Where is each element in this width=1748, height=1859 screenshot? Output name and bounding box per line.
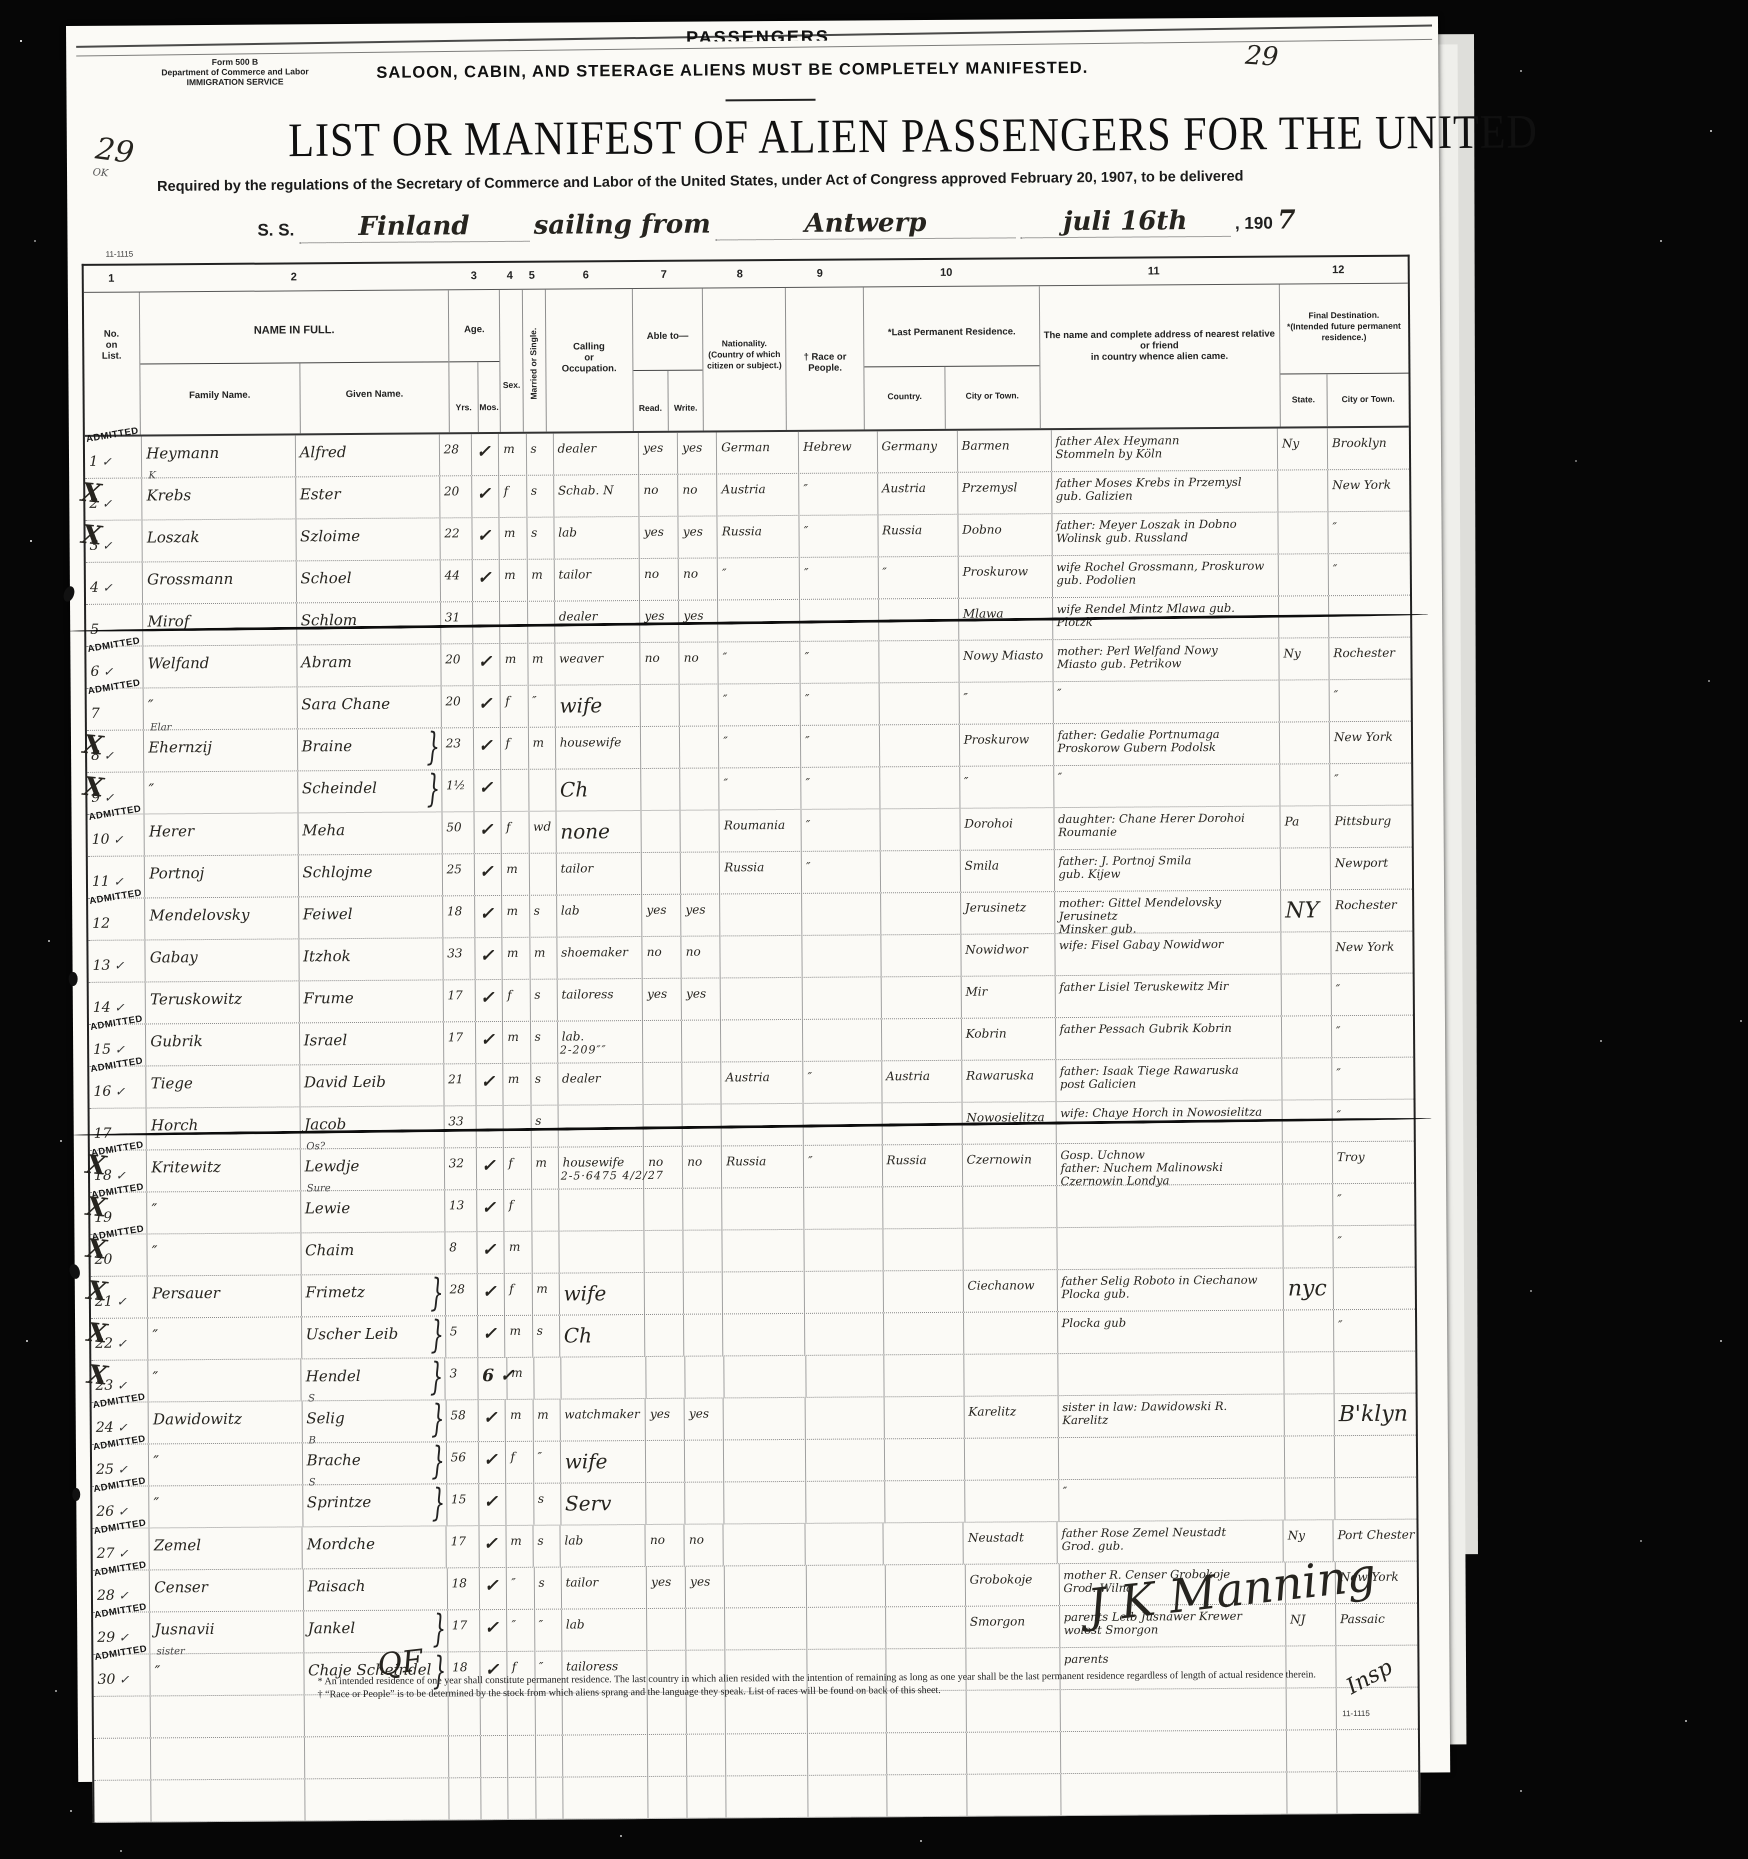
cell-destination-city — [1337, 1772, 1418, 1814]
cell-write — [688, 1776, 727, 1817]
cell-race — [806, 1355, 884, 1397]
cell-destination-city — [1335, 1436, 1416, 1478]
crossed-out-mark: X — [86, 1318, 109, 1350]
col-num-9: 9 — [781, 267, 859, 280]
cell-city-or-town — [965, 1354, 1059, 1396]
cell-sex — [508, 1694, 535, 1735]
cell-destination-state — [1287, 1730, 1337, 1771]
cell-city-or-town — [967, 1774, 1061, 1816]
header-dest-city: City or Town. — [1327, 374, 1408, 427]
checkmark: ✓ — [115, 1589, 129, 1603]
cell-married-or-single — [535, 1736, 562, 1777]
cell-age-years: 20 — [441, 686, 474, 727]
cell-married-or-single: s — [533, 1316, 560, 1357]
cell-given-name: Paisach — [303, 1568, 447, 1610]
header-write: Write. — [668, 371, 703, 431]
cell-age-years: 25 — [443, 854, 476, 895]
cell-family-name — [151, 1737, 305, 1779]
requirement-line: Required by the regulations of the Secre… — [157, 167, 1427, 195]
cell-write — [680, 684, 719, 725]
col-num-7: 7 — [629, 269, 699, 281]
cell-calling: housewife2-5·6475 4/2/27 — [558, 1147, 644, 1189]
calling-annotation: 2-209″″ — [560, 1043, 607, 1056]
cell-destination-state: Pa — [1280, 806, 1330, 847]
checkmark: ✓ — [99, 581, 113, 595]
cell-age-months: ✓ — [477, 1064, 504, 1105]
cell-family-name: Tiege — [147, 1065, 301, 1107]
cell-nationality — [723, 1314, 805, 1356]
cell-calling: Serv — [561, 1483, 647, 1525]
cell-calling: tailor — [554, 559, 640, 601]
cell-city-or-town: Grobokoje — [965, 1564, 1059, 1606]
cell-destination-state — [1283, 1100, 1333, 1141]
cell-destination-state — [1282, 1058, 1332, 1099]
cell-race: ″ — [802, 809, 881, 851]
cell-age-months: ✓ — [474, 644, 501, 685]
cell-sex — [504, 1106, 531, 1147]
cell-line-number: 4 ✓ — [86, 562, 144, 603]
cell-read — [645, 1273, 684, 1314]
cell-nationality — [721, 936, 803, 978]
cell-destination-city: ″ — [1333, 1184, 1414, 1226]
col-num-1: 1 — [84, 272, 139, 284]
cell-relative-address: wife Rendel Mintz Mlawa gub. Plotzk — [1053, 597, 1280, 640]
cell-destination-city: ″ — [1328, 512, 1409, 554]
cell-relative-address: father: Isaak Tiege Rawaruska post Galic… — [1056, 1059, 1283, 1102]
cell-given-name: Israel — [300, 1022, 444, 1064]
col-num-10: 10 — [859, 266, 1034, 279]
cell-age-months: ✓ — [472, 434, 499, 475]
cell-write: yes — [682, 978, 721, 1019]
cell-sex: m — [499, 434, 526, 475]
cell-country — [887, 1775, 967, 1817]
cell-given-name: Feiwel — [299, 896, 443, 938]
form-code-bottom: 11-1115 — [1342, 1709, 1370, 1718]
cell-nationality — [723, 1230, 805, 1272]
cell-destination-state — [1279, 596, 1329, 637]
cell-destination-state — [1281, 848, 1331, 889]
cell-destination-city: Troy — [1333, 1142, 1414, 1184]
header-residence-label: *Last Permanent Residence. — [865, 326, 1039, 338]
cell-line-number: ADMITTED1 ✓ — [85, 436, 143, 477]
cell-race: ″ — [800, 557, 879, 599]
header-able-label: Able to— — [633, 331, 703, 342]
cell-destination-city: ″ — [1332, 1058, 1413, 1100]
cell-nationality — [718, 600, 800, 642]
cell-given-name: Jankel} — [304, 1610, 448, 1652]
cell-married-or-single: m — [527, 560, 554, 601]
col-num-2: 2 — [139, 270, 449, 284]
cell-sex: ″ — [508, 1610, 535, 1651]
cell-destination-state — [1283, 1142, 1333, 1183]
cell-country — [882, 1103, 962, 1145]
page-title: LIST OR MANIFEST OF ALIEN PASSENGERS FOR… — [288, 106, 1415, 169]
cell-country: Germany — [877, 431, 957, 473]
cell-line-number: ADMITTED16 ✓ — [89, 1066, 147, 1107]
cell-sex: m — [507, 1358, 534, 1399]
crossed-out-mark: X — [86, 1360, 109, 1392]
cell-nationality: ″ — [719, 642, 801, 684]
cell-family-name: ″ — [149, 1485, 303, 1527]
form-code: 11-1115 — [106, 250, 134, 259]
cell-family-name: Mirof — [143, 603, 297, 645]
cell-read: yes — [642, 895, 681, 936]
family-name-annotation: K — [148, 470, 156, 481]
cell-read: no — [641, 643, 680, 684]
header-yrs: Yrs. — [450, 362, 479, 432]
cell-married-or-single: m — [530, 938, 557, 979]
given-name-annotation: B — [308, 1435, 315, 1446]
cell-read: yes — [639, 433, 678, 474]
cell-race — [807, 1565, 886, 1607]
cell-city-or-town: Mir — [961, 976, 1055, 1018]
checkmark: ✓ — [98, 455, 112, 469]
cell-age-months — [477, 1106, 504, 1147]
cell-calling: wife — [559, 1273, 645, 1315]
cell-country — [880, 809, 960, 851]
cell-write — [681, 810, 720, 851]
cell-calling: lab — [554, 517, 640, 559]
cell-read — [641, 685, 680, 726]
header-name-label: NAME IN FULL. — [140, 324, 449, 337]
cell-calling: weaver — [555, 643, 641, 685]
cell-country — [885, 1481, 965, 1523]
cell-read: no — [640, 559, 679, 600]
cell-read: no — [643, 937, 682, 978]
ss-label: S. S. — [257, 220, 294, 239]
cell-sex: m — [505, 1316, 532, 1357]
cell-relative-address: father Pessach Gubrik Kobrin — [1056, 1017, 1283, 1060]
col-num-8: 8 — [699, 268, 781, 281]
cell-married-or-single — [534, 1358, 561, 1399]
cell-destination-state — [1279, 554, 1329, 595]
header-age-label: Age. — [449, 324, 499, 335]
crossed-out-mark: X — [82, 730, 105, 762]
cell-calling: housewife — [556, 727, 642, 769]
checkmark: ✓ — [115, 1673, 129, 1687]
cell-married-or-single: s — [530, 980, 557, 1021]
cell-family-name: ″ — [148, 1317, 302, 1359]
col-num-6: 6 — [543, 269, 629, 282]
cell-married-or-single: s — [527, 476, 554, 517]
cell-calling: watchmaker — [560, 1399, 646, 1441]
cell-calling: lab — [562, 1609, 648, 1651]
cell-country — [883, 1187, 963, 1229]
cell-read — [645, 1231, 684, 1272]
cell-sex — [508, 1736, 535, 1777]
crossed-out-mark: X — [82, 772, 105, 804]
cell-age-months: ✓ — [477, 1190, 504, 1231]
cell-family-name: ″ — [149, 1443, 303, 1485]
given-name-annotation: Sure — [307, 1183, 331, 1194]
cell-sex: m — [503, 896, 530, 937]
checkmark: ✓ — [112, 1169, 126, 1183]
cell-destination-city: ″ — [1332, 1016, 1413, 1058]
cell-family-name — [152, 1779, 306, 1821]
cell-country — [879, 725, 959, 767]
header-destination-label: Final Destination. *(Intended future per… — [1280, 310, 1409, 344]
cell-family-name: Kritewitz — [147, 1149, 301, 1191]
cell-write — [683, 1104, 722, 1145]
cell-calling — [558, 1105, 644, 1147]
cell-write — [683, 1062, 722, 1103]
cell-relative-address: father Rose Zemel Neustadt Grod. gub. — [1058, 1521, 1284, 1564]
cell-race: Hebrew — [799, 431, 878, 473]
family-name-annotation: Elar — [150, 722, 171, 733]
cell-age-years: 58 — [446, 1400, 479, 1441]
header-nationality: Nationality. (Country of which citizen o… — [703, 288, 787, 431]
header-last-permanent-residence: *Last Permanent Residence. Country. City… — [864, 286, 1040, 429]
cell-city-or-town: Kobrin — [962, 1018, 1056, 1060]
cell-destination-city: ″ — [1329, 554, 1410, 596]
cell-race — [802, 893, 881, 935]
header-age-sub: Yrs. Mos. — [450, 361, 500, 432]
cell-destination-city — [1334, 1268, 1415, 1310]
cell-line-number: ADMITTED7 — [87, 688, 145, 729]
cell-relative-address: father Alex Heymann Stommeln by Köln — [1051, 429, 1278, 472]
cell-married-or-single: m — [533, 1400, 560, 1441]
cell-race — [806, 1439, 885, 1481]
cell-country — [879, 683, 959, 725]
cell-married-or-single: s — [527, 518, 554, 559]
cell-nationality: ″ — [719, 768, 801, 810]
cell-line-number: ADMITTED10 ✓ — [88, 814, 146, 855]
cell-write: yes — [685, 1398, 724, 1439]
cell-line-number: X8 ✓ — [87, 730, 145, 771]
cell-sex: f — [503, 980, 530, 1021]
cell-given-name: LewieSure — [301, 1190, 445, 1232]
cell-calling — [559, 1231, 645, 1273]
cell-relative-address: sister in law: Dawidowski R. Karelitz — [1058, 1395, 1285, 1438]
cell-calling: wife — [555, 685, 641, 727]
cell-city-or-town: Karelitz — [964, 1396, 1058, 1438]
cell-line-number: X3 ✓ — [85, 520, 143, 561]
cell-calling — [561, 1357, 647, 1399]
header-mos: Mos. — [478, 362, 500, 432]
cell-given-name: Alfred — [295, 434, 439, 476]
cell-age-years: 17 — [447, 1526, 480, 1567]
cell-city-or-town: ″ — [960, 766, 1054, 808]
cell-married-or-single — [535, 1694, 562, 1735]
cell-country — [884, 1439, 964, 1481]
cell-age-months — [473, 602, 500, 643]
cell-country — [881, 935, 961, 977]
cell-calling: tailor — [561, 1567, 647, 1609]
crossed-out-mark: X — [80, 520, 103, 552]
family-group-brace: } — [431, 1480, 445, 1524]
cell-write — [683, 1188, 722, 1229]
checkmark: ✓ — [110, 875, 124, 889]
cell-race — [800, 599, 879, 641]
cell-write: yes — [681, 894, 720, 935]
cell-destination-state — [1282, 1016, 1332, 1057]
cell-given-name: David Leib — [300, 1064, 444, 1106]
cell-race — [806, 1523, 884, 1565]
cell-nationality — [725, 1356, 807, 1398]
cell-calling: none — [556, 811, 642, 853]
cell-read — [648, 1735, 687, 1776]
cell-race — [806, 1397, 885, 1439]
cell-nationality: Austria — [722, 1062, 804, 1104]
cell-married-or-single: ″ — [535, 1610, 562, 1651]
cell-age-months: ✓ — [475, 854, 502, 895]
cell-age-years: 5 — [446, 1316, 479, 1357]
checkmark: ✓ — [114, 1463, 128, 1477]
cell-nationality — [725, 1566, 807, 1608]
cell-read — [649, 1777, 688, 1818]
cell-relative-address — [1061, 1773, 1288, 1816]
cell-sex: m — [506, 1526, 533, 1567]
cell-relative-address: father Moses Krebs in Przemysl gub. Gali… — [1052, 471, 1279, 514]
cell-destination-city: New York — [1331, 932, 1412, 974]
checkmark: ✓ — [113, 1295, 127, 1309]
cell-age-months: ✓ — [478, 1316, 505, 1357]
header-state: State. — [1280, 374, 1328, 426]
cell-line-number: ADMITTEDX20 — [90, 1234, 148, 1275]
cell-married-or-single: s — [526, 434, 553, 475]
cell-age-months: ✓ — [479, 1400, 506, 1441]
cell-age-months: ✓ — [477, 1148, 504, 1189]
cell-family-name: ″ — [147, 1191, 301, 1233]
cell-write: no — [678, 474, 717, 515]
cell-race — [804, 1103, 883, 1145]
header-able-sub: Read. Write. — [633, 370, 703, 431]
cell-age-years — [449, 1736, 482, 1777]
given-name-annotation: Os? — [306, 1141, 325, 1152]
cell-read — [642, 853, 681, 894]
header-final-destination: Final Destination. *(Intended future per… — [1279, 284, 1408, 427]
cell-sex: f — [502, 812, 529, 853]
cell-relative-address: father: Gedalie Portnumaga Proskorow Gub… — [1053, 723, 1280, 766]
cell-write — [684, 1272, 723, 1313]
checkmark: ✓ — [109, 833, 123, 847]
date-handwritten: juli 16th — [1020, 206, 1230, 238]
cell-sex — [500, 602, 527, 643]
cell-write: no — [679, 558, 718, 599]
cell-family-name — [151, 1695, 305, 1737]
cell-write — [681, 852, 720, 893]
cell-write — [684, 1314, 723, 1355]
cell-destination-state: Ny — [1279, 638, 1329, 679]
cell-age-years: 44 — [440, 560, 473, 601]
checkmark: ✓ — [111, 1043, 125, 1057]
cell-destination-city — [1337, 1730, 1418, 1772]
hole-punch — [69, 972, 78, 986]
cell-line-number — [94, 1738, 152, 1779]
cell-read — [644, 1105, 683, 1146]
checkmark: ✓ — [114, 1421, 128, 1435]
cell-destination-state — [1280, 680, 1330, 721]
cell-age-years: 18 — [443, 896, 476, 937]
cell-family-name: ″ — [148, 1233, 302, 1275]
header-name-in-full: NAME IN FULL. Family Name. Given Name. — [140, 290, 451, 434]
cell-write: yes — [686, 1566, 725, 1607]
cell-age-months — [481, 1736, 508, 1777]
cell-age-months: ✓ — [475, 812, 502, 853]
cell-city-or-town: Czernowin — [963, 1144, 1057, 1186]
cell-read — [645, 1315, 684, 1356]
photo-noise — [20, 40, 22, 42]
cell-sex — [507, 1484, 534, 1525]
cell-age-years: 1½ — [442, 770, 475, 811]
cell-read — [644, 1189, 683, 1230]
cell-country — [884, 1313, 964, 1355]
cell-city-or-town — [964, 1312, 1058, 1354]
cell-country — [879, 599, 959, 641]
cell-age-months — [482, 1778, 509, 1819]
cell-race: ″ — [801, 641, 880, 683]
checkmark: ✓ — [111, 1085, 125, 1099]
header-name-sub: Family Name. Given Name. — [140, 361, 449, 434]
cell-calling: shoemaker — [557, 937, 643, 979]
banner-rule — [725, 99, 815, 102]
cell-nationality: Russia — [720, 852, 802, 894]
cell-relative-address: ″ — [1054, 765, 1281, 808]
cell-given-name — [305, 1736, 449, 1778]
cell-city-or-town — [963, 1186, 1057, 1228]
cell-relative-address: ″ — [1053, 681, 1280, 724]
cell-sex: f — [505, 1274, 532, 1315]
cell-calling: Ch — [560, 1315, 646, 1357]
cell-sex — [509, 1778, 536, 1819]
cell-destination-city — [1334, 1352, 1415, 1394]
cell-write — [680, 768, 719, 809]
cell-married-or-single: ″ — [533, 1442, 560, 1483]
cell-race: ″ — [801, 725, 880, 767]
cell-age-years: 20 — [441, 644, 474, 685]
cell-nationality — [724, 1524, 806, 1566]
cell-age-years: 22 — [440, 518, 473, 559]
cell-given-name: Hendel} — [302, 1358, 446, 1400]
crossed-out-mark: X — [85, 1192, 108, 1224]
header-country: Country. — [865, 367, 946, 430]
cell-read: yes — [640, 601, 679, 642]
cell-family-name: EhernzijElar — [144, 729, 298, 771]
given-name-annotation: S — [308, 1393, 315, 1404]
header-no-on-list: No. on List. — [84, 292, 141, 434]
cell-race — [805, 1229, 884, 1271]
header-destination-sub: State. City or Town. — [1280, 373, 1409, 427]
cell-destination-city: ″ — [1332, 1100, 1413, 1142]
cell-married-or-single: s — [534, 1484, 561, 1525]
cell-nationality: ″ — [719, 726, 801, 768]
cell-family-name: Mendelovsky — [145, 897, 299, 939]
checkmark: ✓ — [113, 1379, 127, 1393]
cell-given-name: Mordche — [303, 1526, 447, 1568]
port-handwritten: Antwerp — [715, 207, 1015, 240]
cell-destination-city: Rochester — [1329, 638, 1410, 680]
cell-age-years: 17 — [444, 1022, 477, 1063]
cell-destination-city — [1335, 1478, 1416, 1520]
cell-destination-city: Rochester — [1331, 890, 1412, 932]
cell-sex: m — [501, 644, 528, 685]
cell-sex: f — [504, 1148, 531, 1189]
cell-given-name: Braine} — [297, 728, 441, 770]
cell-given-name: SprintzeS} — [303, 1484, 447, 1526]
cell-relative-address: Gosp. Uchnow father: Nuchem Malinowski C… — [1056, 1143, 1283, 1186]
cell-nationality — [722, 1188, 804, 1230]
cell-family-name: Persauer — [148, 1275, 302, 1317]
cell-nationality — [724, 1398, 806, 1440]
cell-race — [804, 1187, 883, 1229]
cell-family-name: Censer — [150, 1569, 304, 1611]
cell-nationality — [721, 1020, 803, 1062]
checkmark: ✓ — [111, 1001, 125, 1015]
cell-destination-city: ″ — [1333, 1226, 1414, 1268]
cell-calling: dealer — [555, 601, 641, 643]
cell-nationality — [724, 1482, 806, 1524]
column-header-row: No. on List. NAME IN FULL. Family Name. … — [84, 284, 1409, 437]
